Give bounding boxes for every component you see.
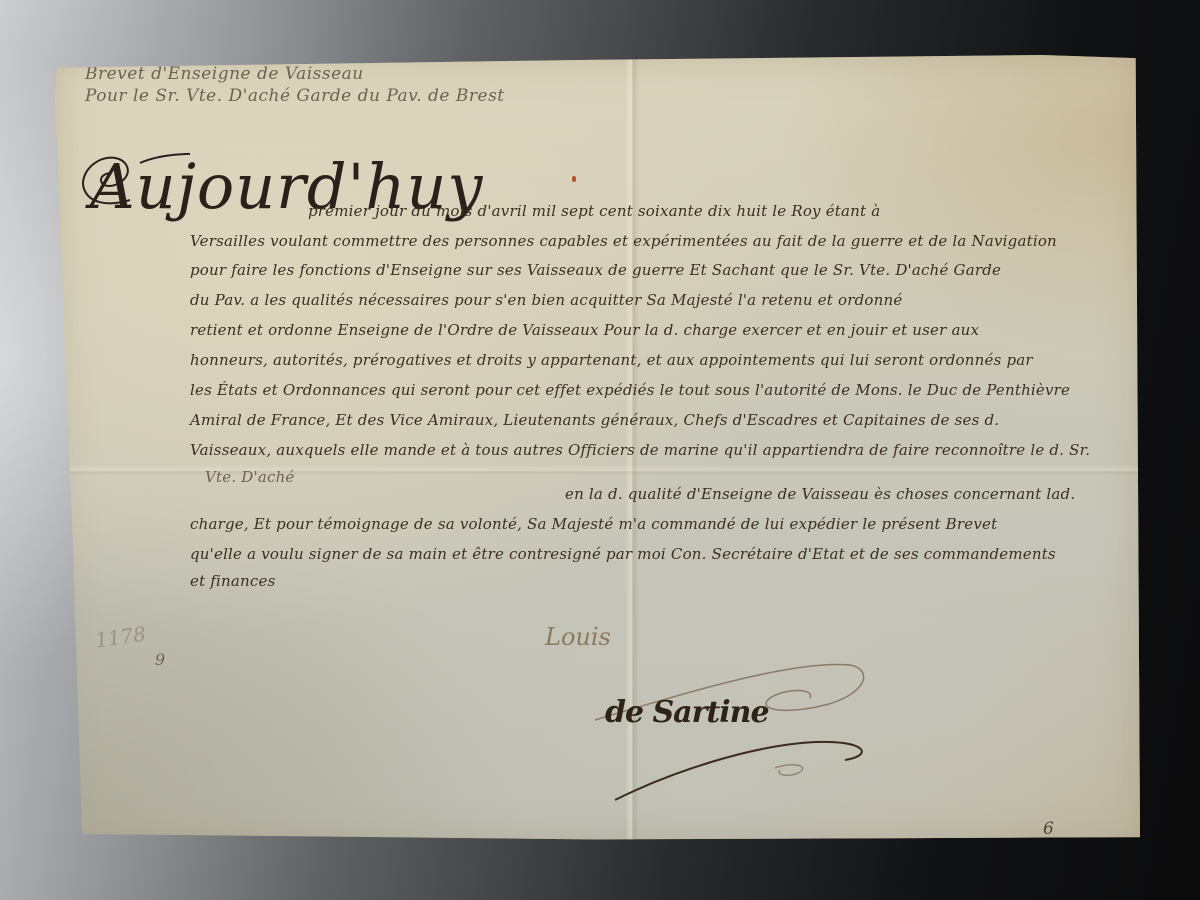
docket-line-1: Brevet d'Enseigne de Vaisseau xyxy=(85,63,505,85)
body-line: et finances xyxy=(190,572,275,590)
signature-flourish-icon xyxy=(575,650,915,820)
body-line: honneurs, autorités, prérogatives et dro… xyxy=(190,351,1033,369)
body-line: en la d. qualité d'Enseigne de Vaisseau … xyxy=(565,485,1075,503)
margin-stamp: 1178 xyxy=(94,622,148,653)
docket-heading: Brevet d'Enseigne de Vaisseau Pour le Sr… xyxy=(85,63,505,107)
body-line: Versailles voulant commettre des personn… xyxy=(190,232,1057,250)
body-line: premier jour du mois d'avril mil sept ce… xyxy=(308,202,880,220)
king-signature: Louis xyxy=(545,623,611,651)
body-line: pour faire les fonctions d'Enseigne sur … xyxy=(190,261,1001,279)
body-line: charge, Et pour témoignage de sa volonté… xyxy=(190,515,997,533)
body-line: Amiral de France, Et des Vice Amiraux, L… xyxy=(190,411,999,429)
body-line: retient et ordonne Enseigne de l'Ordre d… xyxy=(190,321,979,339)
margin-number: 9 xyxy=(155,650,165,669)
body-line: qu'elle a voulu signer de sa main et êtr… xyxy=(190,545,1056,563)
red-wax-speck xyxy=(572,176,576,182)
parchment-document: Brevet d'Enseigne de Vaisseau Pour le Sr… xyxy=(55,55,1140,845)
body-line-name: Vte. D'aché xyxy=(205,468,295,486)
docket-line-2: Pour le Sr. Vte. D'aché Garde du Pav. de… xyxy=(85,85,505,107)
page-number: 6 xyxy=(1043,819,1054,839)
secretary-signature: de Sartine xyxy=(605,695,769,730)
body-line: les États et Ordonnances qui seront pour… xyxy=(190,381,1070,399)
body-line: du Pav. a les qualités nécessaires pour … xyxy=(190,291,902,309)
body-line: Vaisseaux, auxquels elle mande et à tous… xyxy=(190,441,1090,459)
